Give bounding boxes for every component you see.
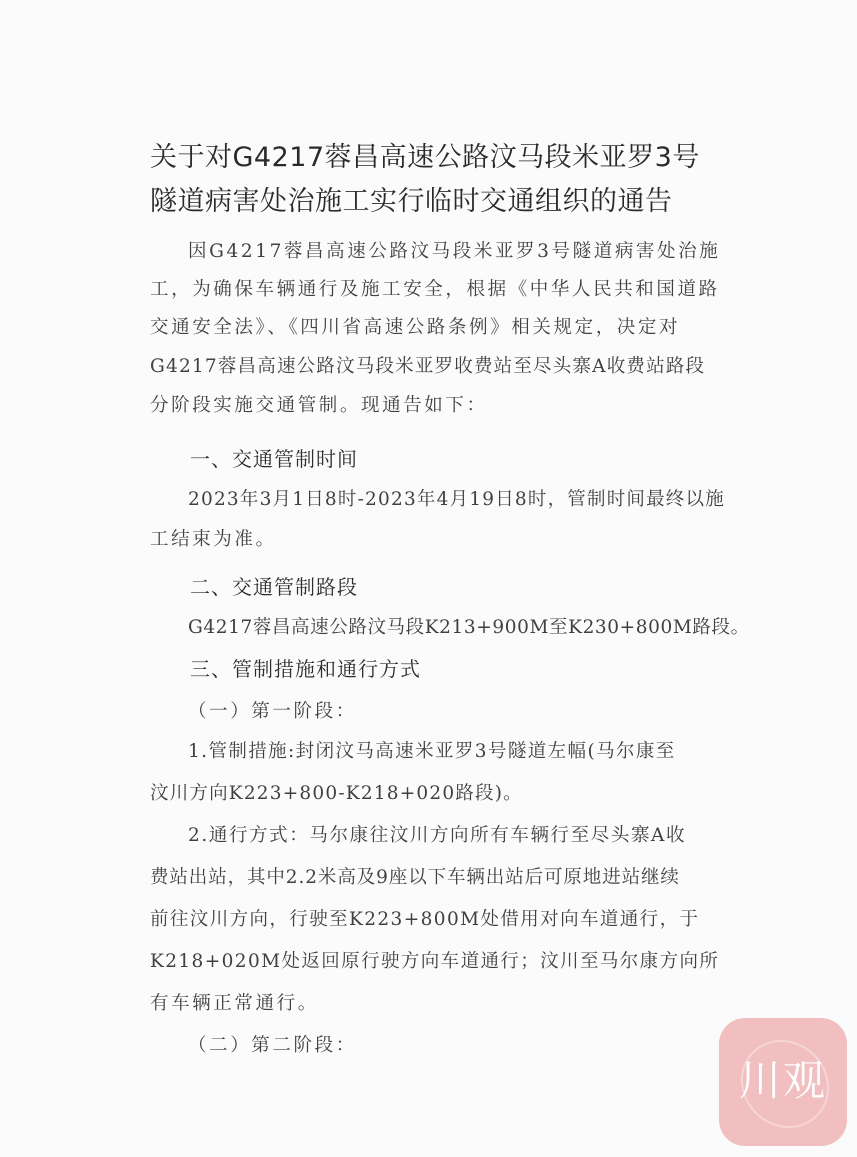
intro-line: 分阶段实施交通管制。现通告如下： — [150, 394, 488, 418]
stage1-passage-line: K218+020M处返回原行驶方向车道通行；汶川至马尔康方向所 — [150, 950, 719, 974]
notice-page: 关于对G4217蓉昌高速公路汶马段米亚罗3号 隧道病害处治施工实行临时交通组织的… — [0, 0, 857, 1157]
section-heading-measures: 三、管制措施和通行方式 — [190, 656, 421, 682]
stage1-measure-line: 汶川方向K223+800-K218+020路段)。 — [150, 782, 523, 806]
intro-line: 交通安全法》、《四川省高速公路条例》相关规定，决定对 — [150, 316, 680, 340]
notice-title-line-2: 隧道病害处治施工实行临时交通组织的通告 — [150, 184, 730, 220]
stage1-measure-line: 1.管制措施:封闭汶马高速米亚罗3号隧道左幅(马尔康至 — [188, 740, 676, 764]
section-heading-time: 一、交通管制时间 — [190, 446, 358, 472]
stage1-label: （一）第一阶段： — [188, 700, 357, 724]
stage1-passage-line: 费站出站，其中2.2米高及9座以下车辆出站后可原地进站继续 — [150, 866, 680, 890]
stage1-passage-line: 有车辆正常通行。 — [150, 992, 319, 1016]
watermark-text: 川观 — [719, 1056, 847, 1106]
chuanguan-watermark-logo: 川观 — [719, 1018, 847, 1146]
section-time-line: 工结束为准。 — [150, 528, 277, 552]
section-heading-road: 二、交通管制路段 — [190, 574, 358, 600]
intro-line: 因G4217蓉昌高速公路汶马段米亚罗3号隧道病害处治施 — [188, 240, 720, 264]
section-time-line: 2023年3月1日8时-2023年4月19日8时，管制时间最终以施 — [188, 488, 725, 512]
stage1-passage-line: 前往汶川方向，行驶至K223+800M处借用对向车道通行，于 — [150, 908, 699, 932]
stage2-label: （二）第二阶段： — [188, 1034, 357, 1058]
notice-title-line-1: 关于对G4217蓉昌高速公路汶马段米亚罗3号 — [150, 140, 730, 176]
stage1-passage-line: 2.通行方式：马尔康往汶川方向所有车辆行至尽头寨A收 — [188, 824, 686, 848]
intro-line: G4217蓉昌高速公路汶马段米亚罗收费站至尽头寨A收费站路段 — [150, 355, 705, 379]
intro-line: 工，为确保车辆通行及施工安全，根据《中华人民共和国道路 — [150, 278, 720, 302]
section-road-line: G4217蓉昌高速公路汶马段K213+900M至K230+800M路段。 — [188, 616, 750, 640]
